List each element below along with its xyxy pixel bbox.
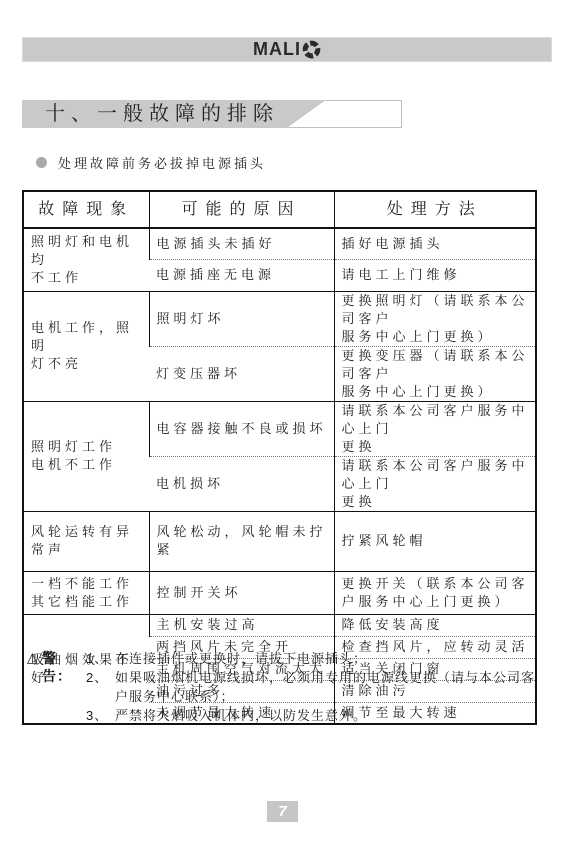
precaution-text: 处理故障前务必拔掉电源插头 bbox=[58, 153, 266, 172]
col-header-method: 处理方法 bbox=[334, 191, 536, 228]
warning-item: 3、 严禁将火焰吸入机体内，以防发生意外。 bbox=[86, 706, 542, 725]
warning-item-number: 3、 bbox=[86, 706, 115, 725]
brand-bar: MALI bbox=[22, 37, 552, 62]
method-cell: 更换照明灯（请联系本公司客户 服务中心上门更换） bbox=[334, 291, 536, 346]
phenomenon-cell: 一档不能工作 其它档能工作 bbox=[23, 571, 149, 614]
method-cell: 插好电源插头 bbox=[334, 228, 536, 259]
banner-accent-shape bbox=[286, 100, 402, 133]
warning-item-text: 在连接插件或更换时，请拔下电源插头； bbox=[115, 649, 367, 668]
phenomenon-cell: 照明灯和电机均 不工作 bbox=[23, 228, 149, 291]
method-cell: 更换变压器（请联系本公司客户 服务中心上门更换） bbox=[334, 346, 536, 401]
brand-logo: MALI bbox=[253, 39, 321, 60]
warning-items: 1、 在连接插件或更换时，请拔下电源插头； 2、 如果吸油烟机电源线损坏，必须用… bbox=[86, 649, 542, 725]
logo-o-icon bbox=[301, 40, 321, 59]
col-header-cause: 可能的原因 bbox=[149, 191, 334, 228]
cause-cell: 主机安装过高 bbox=[149, 614, 334, 636]
bullet-icon bbox=[36, 157, 47, 168]
method-cell: 请电工上门维修 bbox=[334, 259, 536, 291]
cause-cell: 控制开关坏 bbox=[149, 571, 334, 614]
table-row: 照明灯和电机均 不工作 电源插头未插好 插好电源插头 bbox=[23, 228, 536, 259]
table-row: 吸油烟效果不好 主机安装过高 降低安装高度 bbox=[23, 614, 536, 636]
col-header-phenomenon: 故障现象 bbox=[23, 191, 149, 228]
warning-item-number: 1、 bbox=[86, 649, 115, 668]
table-row: 电机工作，照明 灯不亮 照明灯坏 更换照明灯（请联系本公司客户 服务中心上门更换… bbox=[23, 291, 536, 346]
troubleshooting-table: 故障现象 可能的原因 处理方法 照明灯和电机均 不工作 电源插头未插好 插好电源… bbox=[22, 190, 537, 725]
page-number: 7 bbox=[267, 801, 298, 822]
warning-label: 警告： bbox=[42, 649, 86, 685]
table-row: 风轮运转有异 常声 风轮松动，风轮帽未拧紧 拧紧风轮帽 bbox=[23, 511, 536, 571]
phenomenon-cell: 风轮运转有异 常声 bbox=[23, 511, 149, 571]
method-cell: 拧紧风轮帽 bbox=[334, 511, 536, 571]
table-row: 一档不能工作 其它档能工作 控制开关坏 更换开关（联系本公司客 户服务中心上门更… bbox=[23, 571, 536, 614]
table-row: 照明灯工作 电机不工作 电容器接触不良或损坏 请联系本公司客户服务中心上门 更换 bbox=[23, 401, 536, 456]
cause-cell: 电源插头未插好 bbox=[149, 228, 334, 259]
cause-cell: 灯变压器坏 bbox=[149, 346, 334, 401]
brand-logo-text: MALI bbox=[253, 39, 301, 60]
cause-cell: 照明灯坏 bbox=[149, 291, 334, 346]
warning-triangle-icon: △ bbox=[27, 649, 42, 665]
precaution-note: 处理故障前务必拔掉电源插头 bbox=[36, 153, 266, 172]
method-cell: 请联系本公司客户服务中心上门 更换 bbox=[334, 401, 536, 456]
warning-block: △ 警告： 1、 在连接插件或更换时，请拔下电源插头； 2、 如果吸油烟机电源线… bbox=[27, 649, 542, 725]
warning-item-text: 严禁将火焰吸入机体内，以防发生意外。 bbox=[115, 706, 367, 725]
cause-cell: 风轮松动，风轮帽未拧紧 bbox=[149, 511, 334, 571]
table-header-row: 故障现象 可能的原因 处理方法 bbox=[23, 191, 536, 228]
method-cell: 降低安装高度 bbox=[334, 614, 536, 636]
section-title: 十、一般故障的排除 bbox=[45, 100, 279, 128]
warning-item-text: 如果吸油烟机电源线损坏，必须用专用的电源线更换（请与本公司客 户服务中心联系）； bbox=[115, 668, 535, 706]
cause-cell: 电机损坏 bbox=[149, 456, 334, 511]
method-cell: 更换开关（联系本公司客 户服务中心上门更换） bbox=[334, 571, 536, 614]
cause-cell: 电源插座无电源 bbox=[149, 259, 334, 291]
warning-header: △ 警告： bbox=[27, 649, 86, 685]
phenomenon-cell: 照明灯工作 电机不工作 bbox=[23, 401, 149, 511]
method-cell: 请联系本公司客户服务中心上门 更换 bbox=[334, 456, 536, 511]
section-banner: 十、一般故障的排除 bbox=[22, 100, 402, 128]
phenomenon-cell: 电机工作，照明 灯不亮 bbox=[23, 291, 149, 401]
warning-item-number: 2、 bbox=[86, 668, 115, 706]
cause-cell: 电容器接触不良或损坏 bbox=[149, 401, 334, 456]
warning-item: 2、 如果吸油烟机电源线损坏，必须用专用的电源线更换（请与本公司客 户服务中心联… bbox=[86, 668, 542, 706]
warning-item: 1、 在连接插件或更换时，请拔下电源插头； bbox=[86, 649, 542, 668]
